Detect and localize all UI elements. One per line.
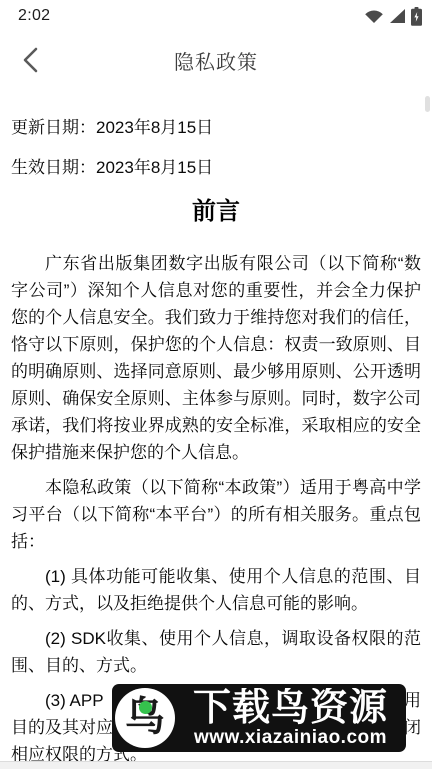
logo-green-dot bbox=[139, 701, 152, 714]
watermark-title: 下载鸟资源 bbox=[193, 688, 388, 728]
section-title-preface: 前言 bbox=[11, 196, 421, 228]
partial-line-right: 用 bbox=[404, 687, 421, 714]
status-time: 2:02 bbox=[18, 7, 50, 25]
watermark-text: 下载鸟资源 www.xiazainiao.com bbox=[175, 688, 406, 749]
paragraph-item-1: (1) 具体功能可能收集、使用个人信息的范围、目的、方式，以及拒绝提供个人信息可… bbox=[11, 563, 421, 617]
wifi-icon bbox=[364, 8, 384, 24]
cellular-signal-icon bbox=[389, 8, 406, 24]
update-date-line: 更新日期：2023年8月15日 bbox=[11, 116, 421, 139]
chevron-left-icon bbox=[20, 61, 42, 76]
paragraph-scope: 本隐私政策（以下简称“本政策”）适用于粤高中学习平台（以下简称“本平台”）的所有… bbox=[11, 474, 421, 555]
scrollbar-thumb[interactable] bbox=[425, 96, 430, 112]
watermark-banner: 鸟 下载鸟资源 www.xiazainiao.com bbox=[112, 684, 406, 752]
back-button[interactable] bbox=[16, 46, 46, 76]
paragraph-item-2: (2) SDK收集、使用个人信息，调取设备权限的范围、目的、方式。 bbox=[11, 625, 421, 679]
battery-charging-icon bbox=[411, 7, 422, 26]
page-title: 隐私政策 bbox=[0, 46, 432, 75]
status-icons bbox=[364, 7, 422, 26]
xiazainiao-bird-logo-icon: 鸟 bbox=[115, 688, 175, 748]
watermark-url: www.xiazainiao.com bbox=[194, 727, 387, 749]
status-bar: 2:02 bbox=[0, 0, 432, 32]
partial-line-left: (3) APP bbox=[11, 687, 104, 714]
partial-line-right: 闭 bbox=[404, 714, 421, 741]
policy-content[interactable]: 更新日期：2023年8月15日 生效日期：2023年8月15日 前言 广东省出版… bbox=[0, 88, 432, 768]
paragraph-intro: 广东省出版集团数字出版有限公司（以下简称“数字公司”）深知个人信息对您的重要性，… bbox=[11, 250, 421, 466]
effective-date-line: 生效日期：2023年8月15日 bbox=[11, 156, 421, 179]
header: 隐私政策 bbox=[0, 32, 432, 88]
privacy-policy-screen: 2:02 bbox=[0, 0, 432, 769]
bottom-strip bbox=[0, 761, 432, 769]
partial-line-left: 目的及其对应 bbox=[11, 714, 113, 741]
